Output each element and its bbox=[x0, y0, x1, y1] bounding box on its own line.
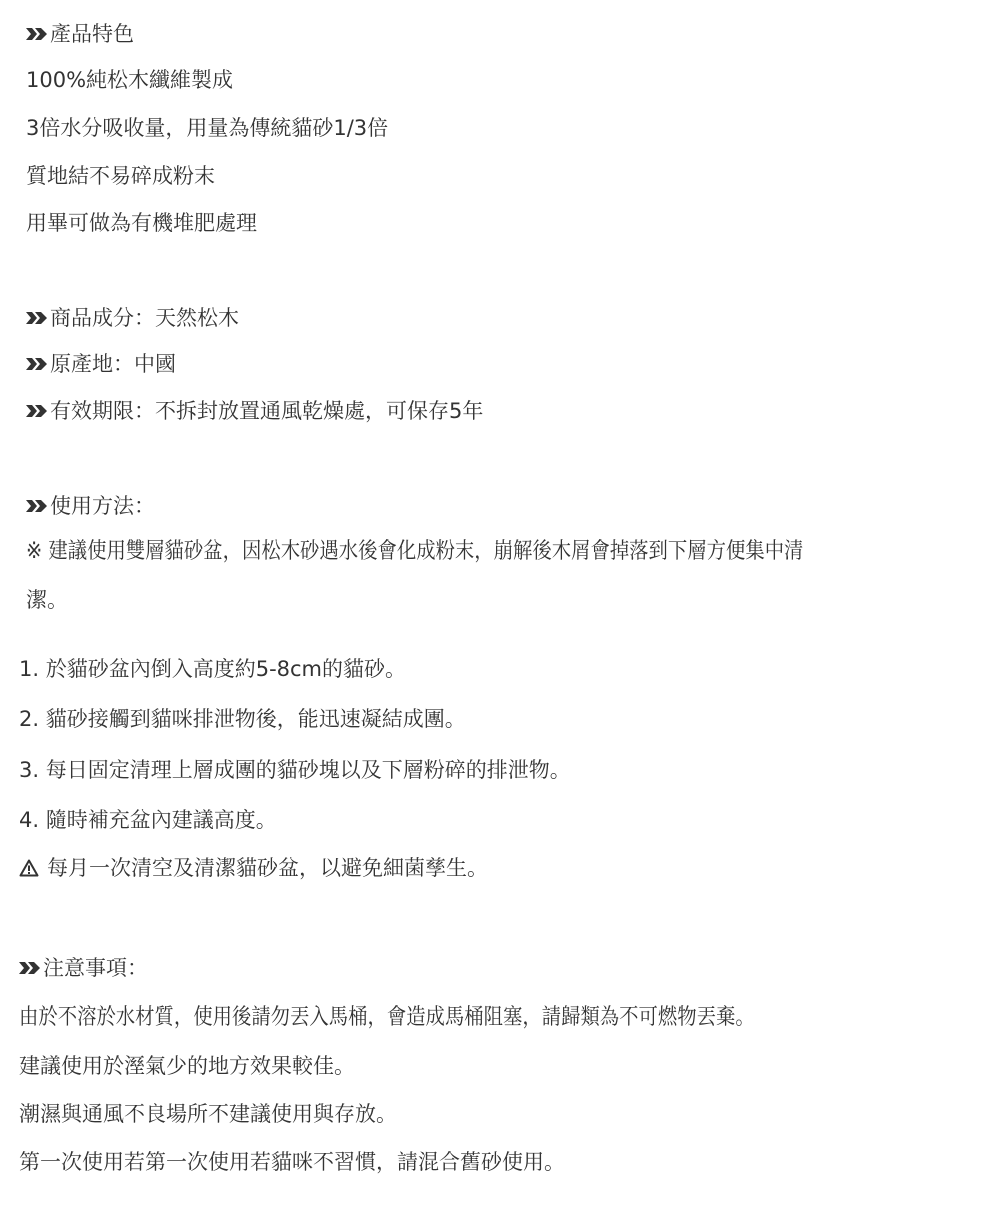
note-item: 第一次使用若第一次使用若貓咪不習慣，請混合舊砂使用。 bbox=[19, 1148, 565, 1176]
spec-text: 商品成分：天然松木 bbox=[50, 304, 239, 332]
usage-note-continued: 潔。 bbox=[26, 586, 68, 614]
warning-triangle-icon bbox=[19, 859, 39, 877]
double-chevron-right-icon bbox=[26, 499, 48, 513]
feature-item: 100%純松木纖維製成 bbox=[26, 66, 233, 94]
spec-text: 有效期限：不拆封放置通風乾燥處，可保存5年 bbox=[50, 397, 483, 425]
usage-heading-text: 使用方法： bbox=[50, 492, 155, 520]
usage-step: 2. 貓砂接觸到貓咪排泄物後，能迅速凝結成團。 bbox=[19, 705, 466, 733]
double-chevron-right-icon bbox=[26, 311, 48, 325]
note-item: 由於不溶於水材質，使用後請勿丟入馬桶，會造成馬桶阻塞，請歸類為不可燃物丟棄。 bbox=[19, 1004, 755, 1032]
spec-text: 原產地：中國 bbox=[50, 350, 176, 378]
double-chevron-right-icon bbox=[26, 27, 48, 41]
feature-item: 3倍水分吸收量，用量為傳統貓砂1/3倍 bbox=[26, 114, 388, 142]
spec-expiry: 有效期限：不拆封放置通風乾燥處，可保存5年 bbox=[26, 397, 483, 425]
usage-step: 3. 每日固定清理上層成團的貓砂塊以及下層粉碎的排泄物。 bbox=[19, 756, 571, 784]
note-item: 建議使用於溼氣少的地方效果較佳。 bbox=[19, 1052, 355, 1080]
usage-heading: 使用方法： bbox=[26, 492, 155, 520]
features-heading-text: 產品特色 bbox=[50, 20, 134, 48]
double-chevron-right-icon bbox=[19, 961, 41, 975]
warning-text: 每月一次清空及清潔貓砂盆，以避免細菌孳生。 bbox=[47, 854, 488, 882]
usage-step: 4. 隨時補充盆內建議高度。 bbox=[19, 806, 277, 834]
feature-item: 用畢可做為有機堆肥處理 bbox=[26, 209, 257, 237]
features-heading: 產品特色 bbox=[26, 20, 134, 48]
usage-note: ※ 建議使用雙層貓砂盆，因松木砂遇水後會化成粉末，崩解後木屑會掉落到下層方便集中… bbox=[26, 538, 803, 566]
notes-heading-text: 注意事項： bbox=[43, 954, 148, 982]
usage-warning: 每月一次清空及清潔貓砂盆，以避免細菌孳生。 bbox=[19, 854, 488, 882]
note-item: 潮濕與通風不良場所不建議使用與存放。 bbox=[19, 1100, 397, 1128]
double-chevron-right-icon bbox=[26, 404, 48, 418]
usage-step: 1. 於貓砂盆內倒入高度約5-8cm的貓砂。 bbox=[19, 655, 406, 683]
spec-ingredients: 商品成分：天然松木 bbox=[26, 304, 239, 332]
double-chevron-right-icon bbox=[26, 357, 48, 371]
feature-item: 質地結不易碎成粉末 bbox=[26, 162, 215, 190]
notes-heading: 注意事項： bbox=[19, 954, 148, 982]
spec-origin: 原產地：中國 bbox=[26, 350, 176, 378]
